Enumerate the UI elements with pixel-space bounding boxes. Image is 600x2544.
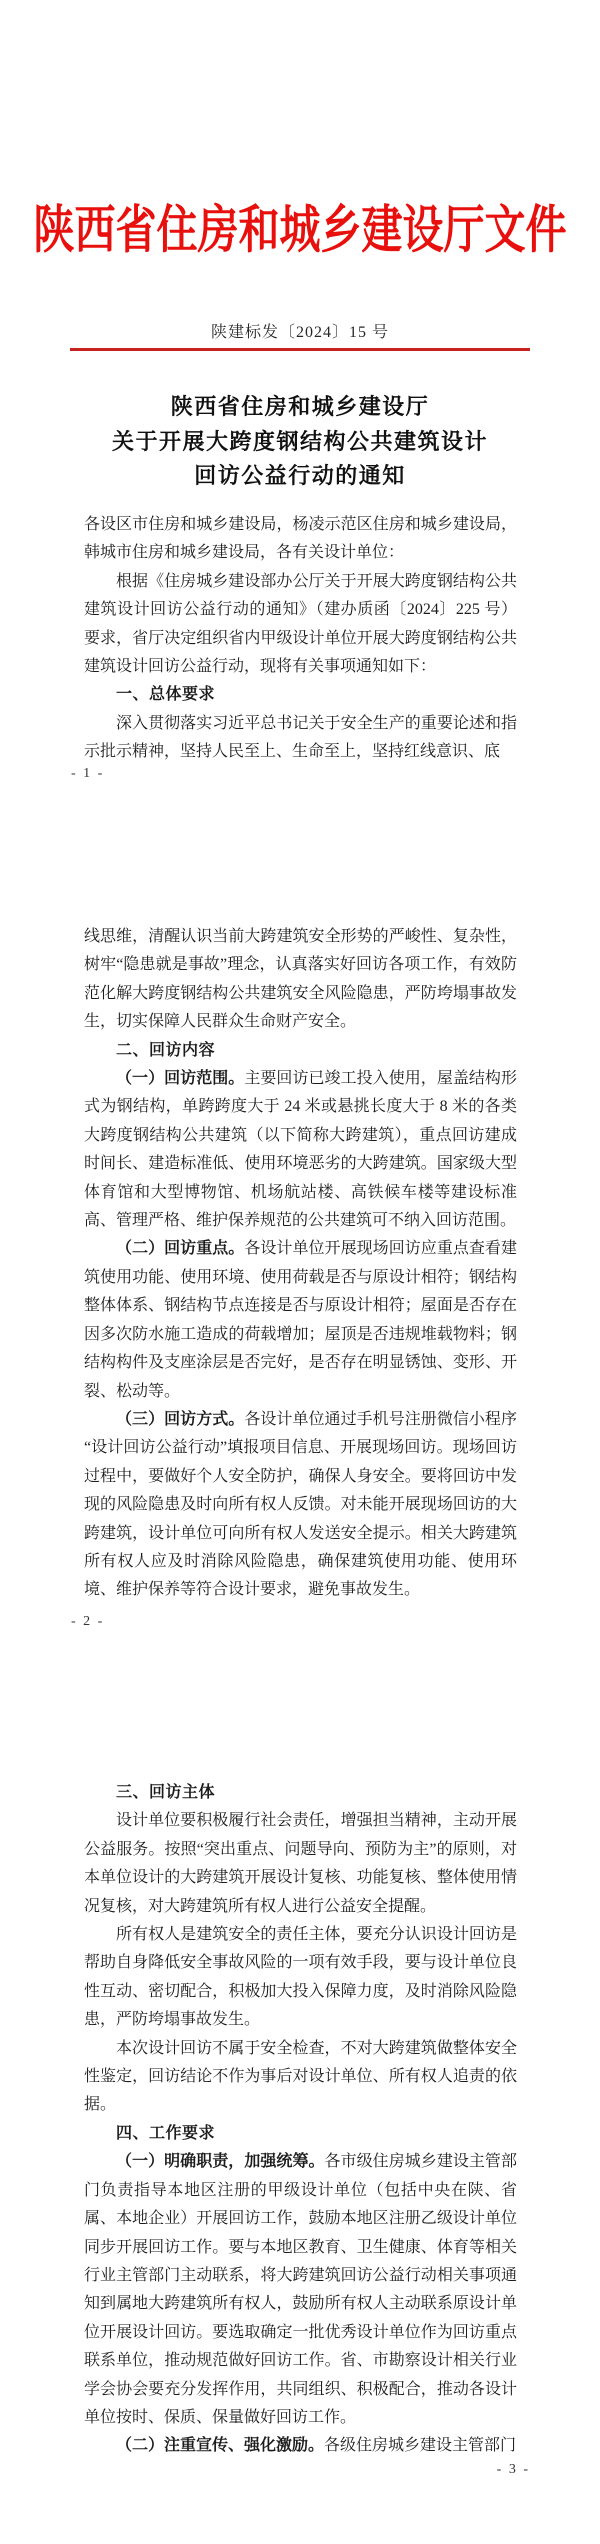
subsection-responsibility: （一）明确职责，加强统筹。各市级住房城乡建设主管部门负责指导本地区注册的甲级设计… <box>84 2148 517 2432</box>
page-2: 线思维，清醒认识当前大跨建筑安全形势的严峻性、复杂性，树牢“隐患就是事故”理念，… <box>0 848 600 1696</box>
title-line-3: 回访公益行动的通知 <box>0 459 600 494</box>
page-number-3: - 3 - <box>497 2462 530 2478</box>
red-divider-line <box>70 348 530 351</box>
paragraph-owner-duty: 所有权人是建筑安全的责任主体，要充分认识设计回访是帮助自身降低安全事故风险的一项… <box>84 1921 517 2035</box>
document-scan: 陕西省住房和城乡建设厅文件 陕建标发〔2024〕15 号 陕西省住房和城乡建设厅… <box>0 0 600 2544</box>
subsection-scope-text: 主要回访已竣工投入使用，屋盖结构形式为钢结构，单跨跨度大于 24 米或悬挑长度大… <box>84 1070 517 1229</box>
title-line-1: 陕西省住房和城乡建设厅 <box>0 390 600 425</box>
paragraph-disclaimer: 本次设计回访不属于安全检查，不对大跨建筑做整体安全性鉴定，回访结论不作为事后对设… <box>84 2035 517 2120</box>
addressees: 各设区市住房和城乡建设局，杨凌示范区住房和城乡建设局，韩城市住房和城乡建设局，各… <box>84 511 517 568</box>
subsection-method-lead: （三）回访方式。 <box>116 1411 244 1428</box>
title-line-2: 关于开展大跨度钢结构公共建筑设计 <box>0 425 600 460</box>
subsection-scope: （一）回访范围。主要回访已竣工投入使用，屋盖结构形式为钢结构，单跨跨度大于 24… <box>84 1065 517 1235</box>
subsection-responsibility-text: 各市级住房城乡建设主管部门负责指导本地区注册的甲级设计单位（包括中央在陕、省属、… <box>84 2153 517 2426</box>
page-number-1: - 1 - <box>71 766 104 782</box>
page-1-body: 各设区市住房和城乡建设局，杨凌示范区住房和城乡建设局，韩城市住房和城乡建设局，各… <box>84 511 517 767</box>
subsection-publicity-text: 各级住房城乡建设主管部门 <box>324 2437 516 2454</box>
section-heading-4: 四、工作要求 <box>84 2120 517 2148</box>
page-3: 三、回访主体 设计单位要积极履行社会责任，增强担当精神，主动开展公益服务。按照“… <box>0 1696 600 2544</box>
section-heading-1: 一、总体要求 <box>84 681 517 709</box>
doc-number: 陕建标发〔2024〕15 号 <box>0 319 600 342</box>
subsection-responsibility-lead: （一）明确职责，加强统筹。 <box>116 2153 325 2170</box>
paragraph-general-requirements: 深入贯彻落实习近平总书记关于安全生产的重要论述和指示批示精神，坚持人民至上、生命… <box>84 710 517 767</box>
subsection-method: （三）回访方式。各设计单位通过手机号注册微信小程序“设计回访公益行动”填报项目信… <box>84 1406 517 1605</box>
page-1: 陕西省住房和城乡建设厅文件 陕建标发〔2024〕15 号 陕西省住房和城乡建设厅… <box>0 0 600 848</box>
masthead: 陕西省住房和城乡建设厅文件 <box>0 202 600 247</box>
subsection-publicity: （二）注重宣传、强化激励。各级住房城乡建设主管部门 <box>84 2432 517 2460</box>
section-heading-2: 二、回访内容 <box>84 1037 517 1065</box>
document-title: 陕西省住房和城乡建设厅 关于开展大跨度钢结构公共建筑设计 回访公益行动的通知 <box>0 390 600 494</box>
subsection-scope-lead: （一）回访范围。 <box>116 1070 244 1087</box>
subsection-focus-lead: （二）回访重点。 <box>116 1240 244 1257</box>
paragraph-subject-duty: 设计单位要积极履行社会责任，增强担当精神，主动开展公益服务。按照“突出重点、问题… <box>84 1807 517 1921</box>
page-number-2: - 2 - <box>71 1614 104 1630</box>
subsection-publicity-lead: （二）注重宣传、强化激励。 <box>116 2437 324 2454</box>
section-heading-3: 三、回访主体 <box>84 1779 517 1807</box>
subsection-method-text: 各设计单位通过手机号注册微信小程序“设计回访公益行动”填报项目信息、开展现场回访… <box>84 1411 517 1598</box>
page-3-body: 三、回访主体 设计单位要积极履行社会责任，增强担当精神，主动开展公益服务。按照“… <box>84 1779 517 2461</box>
masthead-title: 陕西省住房和城乡建设厅文件 <box>34 202 567 259</box>
subsection-focus-text: 各设计单位开展现场回访应重点查看建筑使用功能、使用环境、使用荷载是否与原设计相符… <box>84 1240 517 1399</box>
intro-paragraph: 根据《住房城乡建设部办公厅关于开展大跨度钢结构公共建筑设计回访公益行动的通知》（… <box>84 568 517 682</box>
page-2-body: 线思维，清醒认识当前大跨建筑安全形势的严峻性、复杂性，树牢“隐患就是事故”理念，… <box>84 923 517 1605</box>
subsection-focus: （二）回访重点。各设计单位开展现场回访应重点查看建筑使用功能、使用环境、使用荷载… <box>84 1235 517 1405</box>
paragraph-continuation: 线思维，清醒认识当前大跨建筑安全形势的严峻性、复杂性，树牢“隐患就是事故”理念，… <box>84 923 517 1037</box>
